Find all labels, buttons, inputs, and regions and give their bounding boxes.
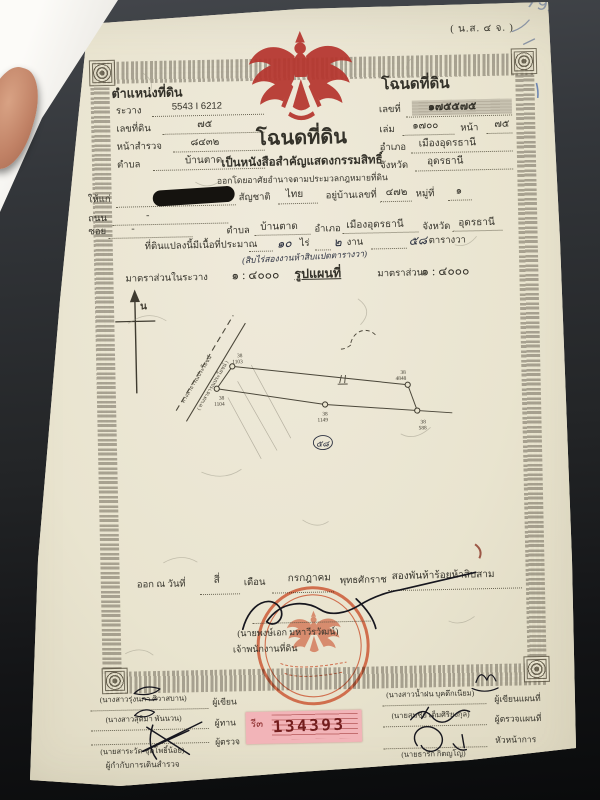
paper-fibers [0,0,600,800]
photo-background: 795 ( น.ส. ๔ จ. ) ตำแหน่งที่ดิน ระว [0,0,600,800]
printed-content: 795 ( น.ส. ๔ จ. ) ตำแหน่งที่ดิน ระว [0,0,600,800]
land-title-deed-paper: 795 ( น.ส. ๔ จ. ) ตำแหน่งที่ดิน ระว [0,0,600,800]
